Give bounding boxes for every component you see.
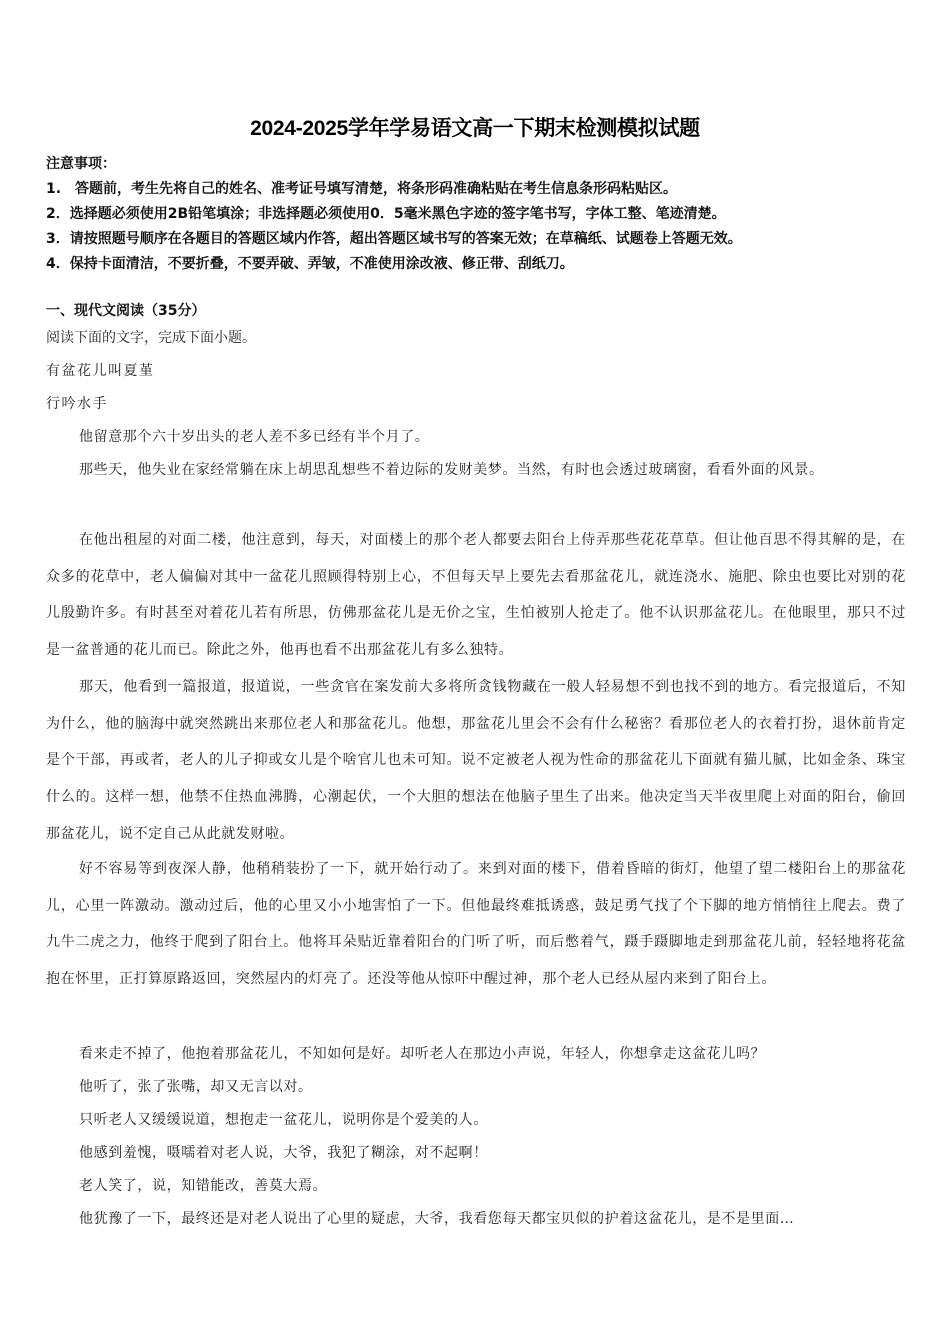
note-item: 1. 答题前，考生先将自己的姓名、准考证号填写清楚，将条形码准确粘贴在考生信息条… bbox=[46, 177, 916, 202]
exam-page: 2024-2025学年学易语文高一下期末检测模拟试题 注意事项： 1. 答题前，… bbox=[0, 0, 950, 1344]
paragraph: 只听老人又缓缓说道，想抱走一盆花儿，说明你是个爱美的人。 bbox=[79, 1109, 488, 1129]
note-item: 3．请按照题号顺序在各题目的答题区域内作答，超出答题区域书写的答案无效；在草稿纸… bbox=[46, 227, 916, 252]
paragraph: 他犹豫了一下，最终还是对老人说出了心里的疑虑，大爷，我看您每天都宝贝似的护着这盆… bbox=[79, 1208, 794, 1228]
note-item: 4．保持卡面清洁，不要折叠，不要弄破、弄皱，不准使用涂改液、修正带、刮纸刀。 bbox=[46, 252, 916, 277]
paragraph: 他感到羞愧，嗫嚅着对老人说，大爷，我犯了糊涂，对不起啊！ bbox=[79, 1142, 488, 1162]
reading-instruction: 阅读下面的文字，完成下面小题。 bbox=[46, 327, 256, 347]
paragraph: 老人笑了，说，知错能改，善莫大焉。 bbox=[79, 1175, 327, 1195]
paragraph: 那天，他看到一篇报道，报道说，一些贪官在案发前大多将所贪钱物藏在一般人轻易想不到… bbox=[46, 669, 906, 853]
story-title: 有盆花儿叫夏堇 bbox=[46, 360, 155, 380]
story-author: 行吟水手 bbox=[46, 393, 108, 413]
notes-block: 注意事项： 1. 答题前，考生先将自己的姓名、准考证号填写清楚，将条形码准确粘贴… bbox=[46, 152, 916, 277]
note-item: 2．选择题必须使用2B铅笔填涂；非选择题必须使用0．5毫米黑色字迹的签字笔书写，… bbox=[46, 202, 916, 227]
notes-heading: 注意事项： bbox=[46, 152, 916, 177]
paragraph: 他听了，张了张嘴，却又无言以对。 bbox=[79, 1076, 313, 1096]
section-heading: 一、现代文阅读（35分） bbox=[46, 300, 205, 320]
paragraph: 看来走不掉了，他抱着那盆花儿，不知如何是好。却听老人在那边小声说，年轻人，你想拿… bbox=[79, 1043, 765, 1063]
document-title: 2024-2025学年学易语文高一下期末检测模拟试题 bbox=[0, 112, 950, 142]
paragraph: 在他出租屋的对面二楼，他注意到，每天，对面楼上的那个老人都要去阳台上侍弄那些花花… bbox=[46, 522, 906, 669]
paragraph: 那些天，他失业在家经常躺在床上胡思乱想些不着边际的发财美梦。当然，有时也会透过玻… bbox=[46, 452, 906, 489]
paragraph: 他留意那个六十岁出头的老人差不多已经有半个月了。 bbox=[79, 426, 429, 446]
paragraph: 好不容易等到夜深人静，他稍稍装扮了一下，就开始行动了。来到对面的楼下，借着昏暗的… bbox=[46, 851, 906, 998]
